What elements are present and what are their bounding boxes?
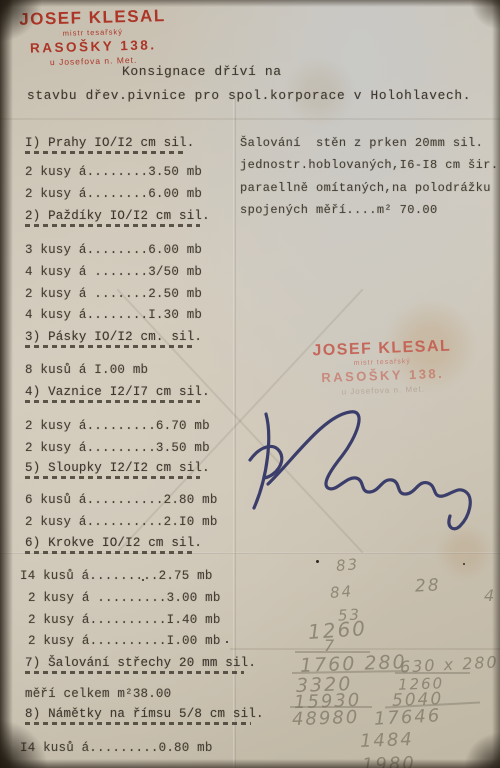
item-line: 2 kusy á..........I.00 mb — [28, 634, 221, 648]
dashed-underline — [25, 476, 200, 479]
pencil-calculation: 84 — [329, 582, 354, 602]
paper-speck — [463, 563, 465, 565]
pencil-calculation: 1484 — [360, 729, 415, 752]
signature-ink — [238, 398, 488, 538]
item-line: 2 kusy á.........3.50 mb — [25, 441, 210, 455]
item-heading: 6) Krokve IO/I2 cm sil. — [25, 536, 202, 550]
pencil-calculation: 17646 — [373, 705, 441, 729]
paper-speck — [142, 579, 144, 581]
document-title-line1: Konsignace dříví na — [122, 64, 282, 79]
dashed-underline — [25, 400, 200, 403]
pencil-calculation: 1980 — [362, 753, 417, 768]
pencil-calculation: 83 — [335, 555, 360, 575]
paragraph-line: Šalování stěn z prken 20mm sil. — [240, 136, 483, 150]
dashed-underline — [25, 671, 244, 674]
item-heading: 4) Vaznice I2/I7 cm sil. — [25, 385, 210, 399]
company-stamp-top: JOSEF KLESAL mistr tesařský RASOŠKY 138.… — [13, 6, 172, 69]
item-heading: 8) Námětky na římsu 5/8 cm sil. — [25, 707, 264, 721]
item-line: I4 kusů á.........2.75 mb — [20, 569, 213, 583]
pencil-calculation: 1760 280 — [300, 651, 407, 677]
paper-speck — [316, 560, 319, 563]
pencil-calculation: 28 — [414, 575, 441, 596]
document-title-line2: stavbu dřev.pivnice pro spol.korporace v… — [27, 88, 471, 103]
item-line: 8 kusů á I.00 mb — [25, 363, 148, 377]
pencil-calculation: 7 — [324, 636, 336, 655]
item-line: I4 kusů á.........0.80 mb — [20, 741, 213, 755]
item-heading: 7) Šalování střechy 20 mm sil. — [25, 656, 256, 670]
item-line: 2 kusy á .......2.50 mb — [25, 287, 202, 301]
pencil-calculation: 4 — [484, 586, 496, 605]
stamp-name: JOSEF KLESAL — [13, 6, 171, 30]
item-line: 3 kusy á........6.00 mb — [25, 243, 202, 257]
company-stamp-middle: JOSEF KLESAL mistr tesařský RASOŠKY 138.… — [284, 337, 481, 399]
item-line: 2 kusy á..........I.40 mb — [28, 613, 221, 627]
stamp-address: RASOŠKY 138. — [14, 37, 172, 57]
pencil-calculation: 630 x 280 — [400, 652, 500, 676]
item-line: 4 kusy á .......3/50 mb — [25, 265, 202, 279]
item-heading: I) Prahy IO/I2 cm sil. — [25, 136, 194, 150]
dashed-underline — [25, 722, 251, 725]
item-line: 2 kusy á........3.50 mb — [25, 165, 202, 179]
horizontal-crease-low — [230, 648, 500, 650]
pencil-calculation: 48980 — [292, 707, 360, 730]
dashed-underline — [25, 345, 193, 348]
item-line: měří celkem m²38.00 — [25, 687, 171, 701]
item-heading: 2) Paždíky IO/I2 cm sil. — [25, 209, 210, 223]
item-line: 2 kusy á........6.00 mb — [25, 187, 202, 201]
paper-speck — [226, 641, 228, 643]
document-photo: JOSEF KLESAL mistr tesařský RASOŠKY 138.… — [0, 0, 500, 768]
item-line: 6 kusů á..........2.80 mb — [25, 493, 218, 507]
pencil-calculation: 1260 — [307, 616, 367, 644]
dashed-underline — [25, 151, 186, 154]
dashed-underline — [25, 224, 200, 227]
item-line: 2 kusy á..........2.I0 mb — [25, 515, 218, 529]
horizontal-crease-top — [0, 118, 500, 120]
item-line: 2 kusy á.........6.70 mb — [25, 419, 210, 433]
item-heading: 3) Pásky IO/I2 cm. sil. — [25, 330, 202, 344]
paragraph-line: paraellně omítaných,na polodrážku — [240, 181, 491, 195]
item-heading: 5) Sloupky I2/I2 cm sil. — [25, 461, 210, 475]
paragraph-line: jednostr.hoblovaných,I6-I8 cm šir. — [240, 158, 498, 172]
item-line: 2 kusy á .........3.00 mb — [28, 591, 221, 605]
item-line: 4 kusy á........I.30 mb — [25, 308, 202, 322]
dashed-underline — [25, 551, 193, 554]
paragraph-line: spojených měří....m² 70.00 — [240, 203, 438, 217]
